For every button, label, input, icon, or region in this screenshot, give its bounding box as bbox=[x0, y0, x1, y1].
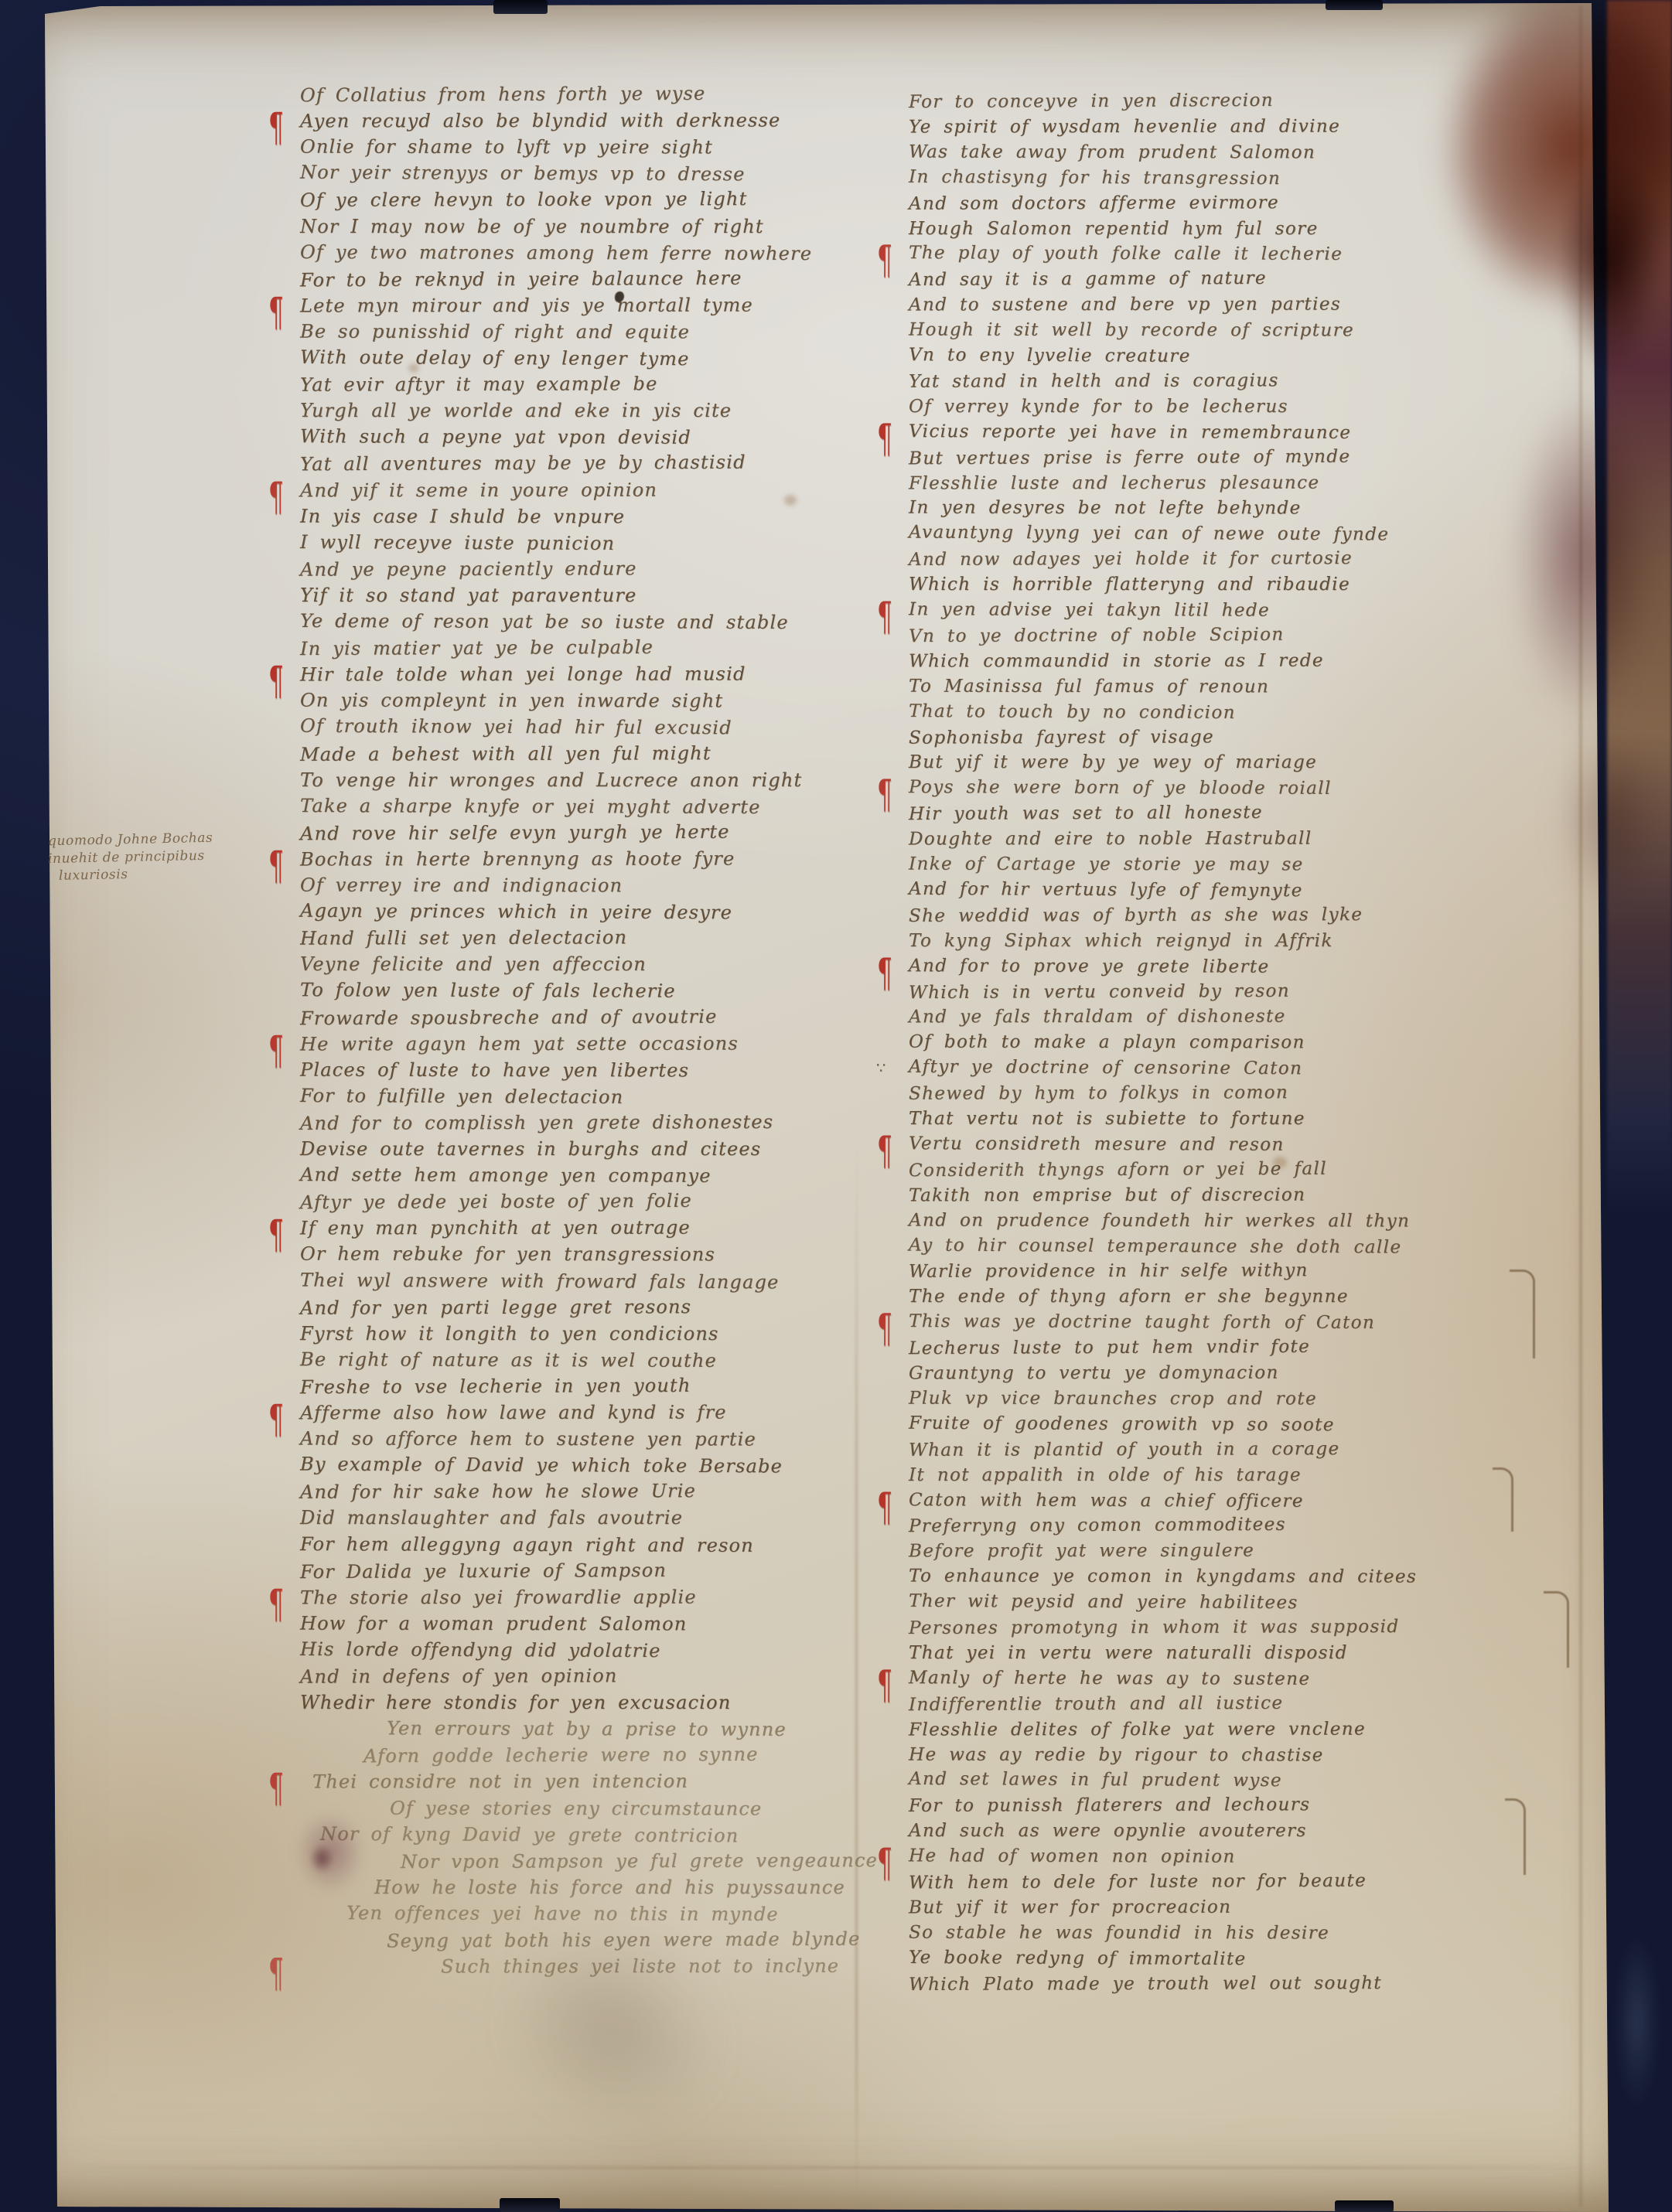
verse-line: It not appalith in olde of his tarage bbox=[909, 1465, 1302, 1485]
verse-line: Which commaundid in storie as I rede bbox=[909, 650, 1324, 671]
verse-line: Warlie providence in hir selfe withyn bbox=[909, 1261, 1309, 1283]
verse-line: Yat stand in helth and is coragius bbox=[909, 370, 1279, 392]
foxing-spot bbox=[784, 495, 797, 506]
verse-line: And set lawes in ful prudent wyse bbox=[909, 1769, 1282, 1791]
verse-line: Of both to make a playn comparison bbox=[909, 1032, 1305, 1053]
verse-text: To folow yen luste of fals lecherie bbox=[300, 980, 676, 1003]
verse-line: Inke of Cartage ye storie ye may se bbox=[909, 854, 1304, 875]
verse-line: That yei in vertu were naturalli disposi… bbox=[909, 1643, 1348, 1663]
verse-text: Of both to make a playn comparison bbox=[909, 1032, 1305, 1053]
verse-line: Which is horrible flatteryng and ribaudi… bbox=[909, 574, 1350, 595]
verse-text: And say it is a gamme of nature bbox=[909, 268, 1267, 290]
verse-text: Of ye clere hevyn to looke vpon ye light bbox=[300, 188, 747, 211]
verse-text: Of trouth iknow yei had hir ful excusid bbox=[300, 715, 732, 739]
verse-line: Of Collatius from hens forth ye wyse bbox=[300, 83, 706, 106]
verse-text: Yen errours yat by a prise to wynne bbox=[387, 1717, 787, 1740]
verse-line: Yen offences yei have no this in mynde bbox=[346, 1902, 779, 1925]
verse-text: Whan it is plantid of youth in a corage bbox=[909, 1439, 1340, 1460]
verse-text: How he loste his force and his puyssaunc… bbox=[374, 1876, 845, 1898]
verse-line: ¶The play of youth folke calle it lecher… bbox=[909, 244, 1343, 265]
verse-text: Vn to eny lyvelie creature bbox=[909, 345, 1191, 366]
verse-text: She weddid was of byrth as she was lyke bbox=[909, 905, 1363, 926]
verse-line: And rove hir selfe evyn yurgh ye herte bbox=[300, 820, 730, 844]
verse-line: Take a sharpe knyfe or yei myght adverte bbox=[300, 795, 761, 818]
verse-text: And for hir sake how he slowe Urie bbox=[300, 1480, 696, 1503]
verse-text: Nor I may now be of ye noumbre of right bbox=[300, 216, 764, 237]
verse-line: In yis matier yat ye be culpable bbox=[300, 636, 653, 660]
verse-line: And on prudence foundeth hir werkes all … bbox=[909, 1210, 1410, 1231]
verse-line: ¶Vicius reporte yei have in remembraunce bbox=[909, 421, 1351, 443]
verse-text: He was ay redie by rigour to chastise bbox=[909, 1744, 1324, 1765]
verse-text: And for to complissh yen grete dishonest… bbox=[300, 1111, 773, 1134]
verse-line: But vertues prise is ferre oute of mynde bbox=[909, 446, 1351, 469]
verse-text: Was take away from prudent Salomon bbox=[909, 141, 1315, 162]
gloss-line: quomodo Johne Bochas bbox=[48, 830, 213, 849]
verse-text: So stable he was foundid in his desire bbox=[909, 1922, 1329, 1943]
verse-text: In yis case I shuld be vnpure bbox=[300, 505, 625, 527]
verse-line: Yurgh all ye worlde and eke in yis cite bbox=[300, 400, 732, 421]
verse-text: Thei considre not in yen intencion bbox=[312, 1771, 688, 1793]
verse-text: Frowarde spousbreche and of avoutrie bbox=[300, 1005, 718, 1029]
verse-line: For Dalida ye luxurie of Sampson bbox=[300, 1559, 667, 1582]
verse-text: And som doctors afferme evirmore bbox=[909, 193, 1279, 214]
verse-line: Which is in vertu conveid by reson bbox=[909, 980, 1290, 1002]
verse-line: Yif it so stand yat paraventure bbox=[300, 585, 636, 606]
verse-text: Devise oute tavernes in burghs and citee… bbox=[300, 1138, 761, 1160]
verse-line: Of verrey ire and indignacion bbox=[300, 874, 623, 897]
verse-line: Aforn godde lecherie were no synne bbox=[363, 1743, 759, 1767]
verse-text: Did manslaughter and fals avoutrie bbox=[300, 1507, 683, 1529]
verse-line: Yat evir aftyr it may example be bbox=[300, 373, 658, 395]
verse-text: Afferme also how lawe and kynd is fre bbox=[300, 1402, 727, 1424]
verse-line: Yat all aventures may be ye by chastisid bbox=[300, 452, 746, 475]
verse-line: That vertu not is subiette to fortune bbox=[909, 1109, 1305, 1129]
verse-line: And say it is a gamme of nature bbox=[909, 268, 1267, 290]
verse-line: Places of luste to have yen libertes bbox=[300, 1058, 689, 1081]
pilcrow-mark: ¶ bbox=[268, 289, 285, 336]
verse-line: Doughte and eire to noble Hastruball bbox=[909, 829, 1312, 850]
verse-text: Lecherus luste to put hem vndir fote bbox=[909, 1337, 1310, 1358]
verse-text: Or hem rebuke for yen transgressions bbox=[300, 1243, 715, 1266]
verse-text: Flesshlie delites of folke yat were vncl… bbox=[909, 1719, 1366, 1740]
verse-line: Ay to hir counsel temperaunce she doth c… bbox=[909, 1235, 1402, 1257]
verse-text: How for a woman prudent Salomon bbox=[300, 1612, 687, 1634]
verse-text: For to conceyve in yen discrecion bbox=[909, 90, 1274, 112]
verse-line: Preferryng ony comon commoditees bbox=[909, 1515, 1286, 1536]
verse-line: And som doctors afferme evirmore bbox=[909, 193, 1279, 214]
verse-text: And in defens of yen opinion bbox=[300, 1665, 618, 1687]
verse-line: ¶Lete myn mirour and yis ye mortall tyme bbox=[300, 294, 753, 316]
verse-line: Frowarde spousbreche and of avoutrie bbox=[300, 1005, 718, 1029]
manuscript-photo: Of Collatius from hens forth ye wyse¶Aye… bbox=[0, 0, 1672, 2212]
verse-text: Considerith thyngs aforn or yei be fall bbox=[909, 1159, 1327, 1181]
verse-text: The play of youth folke calle it lecheri… bbox=[909, 244, 1343, 265]
verse-line: By example of David ye which toke Bersab… bbox=[300, 1454, 783, 1478]
pilcrow-mark: ¶ bbox=[268, 1766, 285, 1812]
verse-text: That to touch by no condicion bbox=[909, 701, 1236, 723]
verse-text: Bochas in herte brennyng as hoote fyre bbox=[300, 847, 735, 870]
verse-line: Persones promotyng in whom it was suppos… bbox=[909, 1617, 1400, 1638]
verse-line: ¶Poys she were born of ye bloode roiall bbox=[909, 777, 1332, 799]
verse-text: Hough it sit well by recorde of scriptur… bbox=[909, 320, 1354, 341]
marginal-dots-mark: ∵ bbox=[876, 1060, 887, 1077]
pilcrow-mark: ¶ bbox=[268, 1212, 285, 1259]
verse-line: Of ye clere hevyn to looke vpon ye light bbox=[300, 188, 747, 211]
verse-line: She weddid was of byrth as she was lyke bbox=[909, 905, 1363, 926]
verse-text: Ther wit peysid and yeire habilitees bbox=[909, 1591, 1298, 1613]
verse-line: But yif it wer for procreacion bbox=[909, 1897, 1231, 1918]
verse-text: Ye booke redyng of immortalite bbox=[909, 1948, 1247, 1969]
verse-line: His lorde offendyng did ydolatrie bbox=[300, 1638, 661, 1662]
pilcrow-mark: ¶ bbox=[877, 1484, 893, 1531]
verse-line: Freshe to vse lecherie in yen youth bbox=[300, 1375, 691, 1398]
pilcrow-mark: ¶ bbox=[268, 105, 285, 152]
verse-line: ¶And for to prove ye grete liberte bbox=[909, 956, 1270, 976]
marginal-bracket bbox=[1510, 1270, 1535, 1358]
verse-line: And such as were opynlie avouterers bbox=[909, 1821, 1307, 1841]
verse-line: ¶The storie also yei frowardlie applie bbox=[300, 1586, 697, 1608]
verse-line: On yis compleynt in yen inwarde sight bbox=[300, 690, 723, 712]
gloss-line: luxuriosis bbox=[59, 867, 128, 884]
pilcrow-mark: ¶ bbox=[268, 474, 285, 520]
verse-text: And set lawes in ful prudent wyse bbox=[909, 1769, 1282, 1791]
verse-text: On yis compleynt in yen inwarde sight bbox=[300, 690, 723, 712]
verse-text: Yat stand in helth and is coragius bbox=[909, 370, 1279, 392]
verse-text: Fyrst how it longith to yen condicions bbox=[300, 1323, 719, 1345]
verse-line: And ye fals thraldam of dishoneste bbox=[909, 1007, 1286, 1028]
verse-line: For to fulfille yen delectacion bbox=[300, 1085, 623, 1108]
verse-line: Hough Salomon repentid hym ful sore bbox=[909, 219, 1319, 239]
verse-line: For hem alleggyng agayn right and reson bbox=[300, 1533, 754, 1556]
verse-line: So stable he was foundid in his desire bbox=[909, 1922, 1329, 1943]
verse-text: Such thinges yei liste not to inclyne bbox=[441, 1955, 839, 1978]
verse-line: Ye deme of reson yat be so iuste and sta… bbox=[300, 610, 789, 633]
verse-line: Flesshlie luste and lecherus plesaunce bbox=[909, 472, 1319, 493]
pilcrow-mark: ¶ bbox=[268, 1028, 285, 1074]
verse-line: Thei wyl answere with froward fals langa… bbox=[300, 1269, 780, 1293]
verse-line: Hough it sit well by recorde of scriptur… bbox=[909, 320, 1354, 341]
verse-line: Considerith thyngs aforn or yei be fall bbox=[909, 1159, 1327, 1181]
verse-line: And for hir sake how he slowe Urie bbox=[300, 1480, 696, 1503]
mount-tab-bottom-right bbox=[1335, 2200, 1394, 2212]
verse-line: ¶Ayen recuyd also be blyndid with derkne… bbox=[300, 110, 780, 132]
verse-line: Lecherus luste to put hem vndir fote bbox=[909, 1337, 1310, 1358]
marginal-bracket bbox=[1544, 1591, 1569, 1668]
pilcrow-mark: ¶ bbox=[877, 1306, 893, 1352]
verse-text: In yen advise yei takyn litil hede bbox=[909, 599, 1270, 620]
verse-line: Was take away from prudent Salomon bbox=[909, 141, 1315, 162]
verse-text: He write agayn hem yat sette occasions bbox=[300, 1032, 739, 1055]
verse-text: For Dalida ye luxurie of Sampson bbox=[300, 1559, 667, 1582]
gloss-line: inuehit de principibus bbox=[48, 848, 205, 867]
verse-line: Devise oute tavernes in burghs and citee… bbox=[300, 1138, 761, 1160]
verse-text: And rove hir selfe evyn yurgh ye herte bbox=[300, 820, 730, 844]
verse-text: Hir tale tolde whan yei longe had musid bbox=[300, 663, 746, 686]
pilcrow-mark: ¶ bbox=[877, 594, 893, 640]
verse-text: Which Plato made ye trouth wel out sough… bbox=[909, 1973, 1382, 1995]
verse-line: Avauntyng lyyng yei can of newe oute fyn… bbox=[909, 523, 1389, 545]
verse-line: Agayn ye princes which in yeire desyre bbox=[300, 900, 732, 924]
verse-line: Ther wit peysid and yeire habilitees bbox=[909, 1591, 1298, 1613]
pilcrow-mark: ¶ bbox=[268, 1581, 285, 1627]
verse-text: Onlie for shame to lyft vp yeire sight bbox=[300, 136, 713, 158]
verse-line: Of yese stories eny circumstaunce bbox=[390, 1797, 762, 1819]
verse-text: Vicius reporte yei have in remembraunce bbox=[909, 421, 1351, 443]
verse-line: In yis case I shuld be vnpure bbox=[300, 505, 625, 527]
verse-line: Nor yeir strenyys or bemys vp to dresse bbox=[300, 162, 746, 186]
verse-line: Of ye two matrones among hem ferre nowhe… bbox=[300, 241, 812, 264]
verse-text: Nor vpon Sampson ye ful grete vengeaunce bbox=[401, 1849, 878, 1873]
verse-text: And sette hem amonge yen companye bbox=[300, 1164, 711, 1187]
foxing-spot bbox=[408, 363, 419, 373]
verse-text: Nor yeir strenyys or bemys vp to dresse bbox=[300, 162, 746, 186]
verse-line: To folow yen luste of fals lecherie bbox=[300, 980, 676, 1003]
verse-text: Takith non emprise but of discrecion bbox=[909, 1184, 1305, 1205]
verse-line: ∵Aftyr ye doctrine of censorine Caton bbox=[909, 1057, 1302, 1079]
verse-line: Whedir here stondis for yen excusacion bbox=[300, 1692, 731, 1713]
verse-line: Seyng yat both his eyen were made blynde bbox=[387, 1928, 861, 1952]
verse-text: And for yen parti legge gret resons bbox=[300, 1296, 691, 1319]
verse-line: Of verrey kynde for to be lecherus bbox=[909, 397, 1288, 417]
verse-line: How for a woman prudent Salomon bbox=[300, 1612, 687, 1634]
verse-text: Grauntyng to vertu ye domynacion bbox=[909, 1363, 1279, 1384]
mount-tab-top-left bbox=[493, 0, 548, 14]
verse-line: In yen desyres be not lefte behynde bbox=[909, 498, 1302, 519]
verse-line: Did manslaughter and fals avoutrie bbox=[300, 1507, 683, 1529]
verse-text: Yat evir aftyr it may example be bbox=[300, 373, 658, 395]
verse-text: And on prudence foundeth hir werkes all … bbox=[909, 1210, 1410, 1231]
verse-line: Takith non emprise but of discrecion bbox=[909, 1184, 1305, 1205]
verse-text: Warlie providence in hir selfe withyn bbox=[909, 1261, 1309, 1283]
verse-text: Which is in vertu conveid by reson bbox=[909, 980, 1290, 1002]
verse-text: Freshe to vse lecherie in yen youth bbox=[300, 1375, 691, 1398]
verse-line: Flesshlie delites of folke yat were vncl… bbox=[909, 1719, 1366, 1740]
verse-line: Shewed by hym to folkys in comon bbox=[909, 1082, 1288, 1104]
verse-line: Nor of kyng David ye grete contricion bbox=[320, 1822, 739, 1846]
verse-text: Before profit yat were singulere bbox=[909, 1541, 1254, 1562]
verse-text: For to punissh flaterers and lechours bbox=[909, 1794, 1310, 1816]
verse-text: And for to prove ye grete liberte bbox=[909, 956, 1270, 976]
verse-text: And ye peyne paciently endure bbox=[300, 557, 637, 580]
verse-text: Ay to hir counsel temperaunce she doth c… bbox=[909, 1235, 1402, 1257]
verse-line: Aftyr ye dede yei boste of yen folie bbox=[300, 1190, 692, 1213]
verse-text: For to fulfille yen delectacion bbox=[300, 1085, 623, 1108]
verse-text: And yif it seme in youre opinion bbox=[300, 479, 657, 501]
verse-line: Indifferentlie trouth and all iustice bbox=[909, 1693, 1283, 1715]
verse-text: Of ye two matrones among hem ferre nowhe… bbox=[300, 241, 812, 264]
pilcrow-mark: ¶ bbox=[877, 1128, 893, 1174]
verse-text: Aftyr ye dede yei boste of yen folie bbox=[300, 1190, 692, 1213]
verse-line: ¶Such thinges yei liste not to inclyne bbox=[441, 1955, 839, 1978]
verse-line: ¶In yen advise yei takyn litil hede bbox=[909, 599, 1270, 620]
verse-line: For to be reknyd in yeire balaunce here bbox=[300, 267, 742, 291]
verse-line: And sette hem amonge yen companye bbox=[300, 1164, 711, 1187]
verse-text: And now adayes yei holde it for curtosie bbox=[909, 548, 1353, 570]
pilcrow-mark: ¶ bbox=[877, 1662, 893, 1709]
verse-text: Of verrey ire and indignacion bbox=[300, 874, 623, 897]
verse-text: Vertu considreth mesure and reson bbox=[909, 1133, 1285, 1155]
verse-text: But yif it wer for procreacion bbox=[909, 1897, 1231, 1918]
verse-text: With oute delay of eny lenger tyme bbox=[300, 346, 690, 370]
verse-line: And in defens of yen opinion bbox=[300, 1665, 618, 1687]
verse-line: For to conceyve in yen discrecion bbox=[909, 90, 1274, 112]
verse-line: Fruite of goodenes growith vp so soote bbox=[909, 1413, 1335, 1435]
verse-line: ¶This was ye doctrine taught forth of Ca… bbox=[909, 1311, 1375, 1333]
verse-line: Sophonisba fayrest of visage bbox=[909, 727, 1214, 748]
verse-line: Yen errours yat by a prise to wynne bbox=[387, 1717, 787, 1740]
verse-text: His lorde offendyng did ydolatrie bbox=[300, 1638, 661, 1662]
verse-line: ¶He had of women non opinion bbox=[909, 1846, 1236, 1866]
verse-line: The ende of thyng aforn er she begynne bbox=[909, 1287, 1349, 1307]
verse-text: Places of luste to have yen libertes bbox=[300, 1058, 689, 1081]
verse-text: Made a behest with all yen ful might bbox=[300, 742, 711, 765]
verse-line: With oute delay of eny lenger tyme bbox=[300, 346, 690, 370]
verse-line: Hir youth was set to all honeste bbox=[909, 803, 1263, 824]
verse-text: For to be reknyd in yeire balaunce here bbox=[300, 267, 742, 291]
verse-text: Ye deme of reson yat be so iuste and sta… bbox=[300, 610, 789, 633]
pilcrow-mark: ¶ bbox=[268, 659, 285, 705]
verse-line: And ye peyne paciently endure bbox=[300, 557, 637, 580]
verse-text: But yif it were by ye wey of mariage bbox=[909, 752, 1317, 772]
verse-line: With hem to dele for luste nor for beaut… bbox=[909, 1871, 1367, 1893]
verse-line: ¶If eny man pynchith at yen outrage bbox=[300, 1217, 691, 1239]
verse-line: But yif it were by ye wey of mariage bbox=[909, 752, 1317, 772]
verse-line: Ye spirit of wysdam hevenlie and divine bbox=[909, 116, 1340, 137]
verse-text: With such a peyne yat vpon devisid bbox=[300, 426, 691, 449]
verse-text: And to sustene and bere vp yen parties bbox=[909, 295, 1341, 315]
verse-text: The ende of thyng aforn er she begynne bbox=[909, 1287, 1349, 1307]
verse-line: Of trouth iknow yei had hir ful excusid bbox=[300, 715, 732, 739]
verse-line: And for yen parti legge gret resons bbox=[300, 1296, 691, 1319]
verse-line: And to sustene and bere vp yen parties bbox=[909, 295, 1341, 315]
verse-text: Take a sharpe knyfe or yei myght adverte bbox=[300, 795, 761, 818]
verse-text: Which is horrible flatteryng and ribaudi… bbox=[909, 574, 1350, 595]
verse-line: I wyll receyve iuste punicion bbox=[300, 531, 615, 554]
text-layer: Of Collatius from hens forth ye wyse¶Aye… bbox=[0, 0, 1672, 2212]
verse-line: Made a behest with all yen ful might bbox=[300, 742, 711, 765]
verse-text: Hir youth was set to all honeste bbox=[909, 803, 1263, 824]
verse-line: Nor vpon Sampson ye ful grete vengeaunce bbox=[401, 1849, 878, 1873]
pilcrow-mark: ¶ bbox=[877, 416, 893, 462]
verse-text: Caton with hem was a chief officere bbox=[909, 1490, 1304, 1512]
verse-line: Grauntyng to vertu ye domynacion bbox=[909, 1363, 1279, 1384]
foxing-spot bbox=[1273, 1157, 1287, 1168]
verse-text: Manly of herte he was ay to sustene bbox=[909, 1668, 1310, 1689]
verse-line: Veyne felicite and yen affeccion bbox=[300, 953, 647, 975]
marginal-bracket bbox=[1493, 1467, 1513, 1532]
verse-text: To Masinissa ful famus of renoun bbox=[909, 676, 1269, 697]
verse-text: That vertu not is subiette to fortune bbox=[909, 1109, 1305, 1129]
verse-text: Yen offences yei have no this in mynde bbox=[346, 1902, 779, 1925]
verse-text: The storie also yei frowardlie applie bbox=[300, 1586, 697, 1608]
verse-text: Thei wyl answere with froward fals langa… bbox=[300, 1269, 780, 1293]
verse-text: Nor of kyng David ye grete contricion bbox=[320, 1822, 739, 1846]
verse-text: Aftyr ye doctrine of censorine Caton bbox=[909, 1057, 1302, 1079]
verse-line: And for to complissh yen grete dishonest… bbox=[300, 1111, 773, 1134]
verse-text: To venge hir wronges and Lucrece anon ri… bbox=[300, 769, 802, 791]
verse-line: To kyng Siphax which reignyd in Affrik bbox=[909, 931, 1333, 951]
verse-line: ¶He write agayn hem yat sette occasions bbox=[300, 1032, 739, 1055]
verse-line: For to punissh flaterers and lechours bbox=[909, 1794, 1310, 1816]
verse-line: Nor I may now be of ye noumbre of right bbox=[300, 216, 764, 237]
verse-text: Be so punisshid of right and equite bbox=[300, 320, 690, 343]
verse-line: Ye booke redyng of immortalite bbox=[909, 1948, 1247, 1969]
verse-line: To Masinissa ful famus of renoun bbox=[909, 676, 1269, 697]
marginal-bracket bbox=[1505, 1798, 1526, 1875]
pilcrow-mark: ¶ bbox=[268, 1951, 285, 1997]
verse-text: This was ye doctrine taught forth of Cat… bbox=[909, 1311, 1375, 1333]
verse-text: Ayen recuyd also be blyndid with derknes… bbox=[300, 110, 780, 132]
verse-line: ¶Hir tale tolde whan yei longe had musid bbox=[300, 663, 746, 686]
verse-text: If eny man pynchith at yen outrage bbox=[300, 1217, 691, 1239]
verse-text: It not appalith in olde of his tarage bbox=[909, 1465, 1302, 1485]
verse-text: Of verrey kynde for to be lecherus bbox=[909, 397, 1288, 417]
verse-line: Vn to eny lyvelie creature bbox=[909, 345, 1191, 366]
verse-text: Of yese stories eny circumstaunce bbox=[390, 1797, 762, 1819]
verse-line: Before profit yat were singulere bbox=[909, 1541, 1254, 1562]
verse-line: He was ay redie by rigour to chastise bbox=[909, 1744, 1324, 1765]
pilcrow-mark: ¶ bbox=[268, 843, 285, 889]
verse-line: Hand fulli set yen delectacion bbox=[300, 927, 627, 949]
pilcrow-mark: ¶ bbox=[877, 950, 893, 997]
verse-line: Which Plato made ye trouth wel out sough… bbox=[909, 1973, 1382, 1995]
verse-line: ¶Vertu considreth mesure and reson bbox=[909, 1133, 1285, 1155]
verse-line: ¶Thei considre not in yen intencion bbox=[312, 1771, 688, 1793]
verse-text: In chastisyng for his transgression bbox=[909, 167, 1281, 189]
pilcrow-mark: ¶ bbox=[877, 237, 893, 284]
verse-line: How he loste his force and his puyssaunc… bbox=[374, 1876, 845, 1898]
verse-text: For hem alleggyng agayn right and reson bbox=[300, 1533, 754, 1556]
verse-text: Shewed by hym to folkys in comon bbox=[909, 1082, 1288, 1104]
verse-line: ¶Afferme also how lawe and kynd is fre bbox=[300, 1402, 727, 1424]
verse-line: Onlie for shame to lyft vp yeire sight bbox=[300, 136, 713, 158]
verse-text: Veyne felicite and yen affeccion bbox=[300, 953, 647, 975]
verse-text: Preferryng ony comon commoditees bbox=[909, 1515, 1286, 1536]
pilcrow-mark: ¶ bbox=[877, 772, 893, 818]
verse-line: And so afforce hem to sustene yen partie bbox=[300, 1428, 756, 1450]
verse-text: I wyll receyve iuste punicion bbox=[300, 531, 615, 554]
verse-text: He had of women non opinion bbox=[909, 1846, 1236, 1866]
verse-text: Inke of Cartage ye storie ye may se bbox=[909, 854, 1304, 875]
verse-line: To enhaunce ye comon in kyngdams and cit… bbox=[909, 1566, 1417, 1587]
verse-line: ¶Bochas in herte brennyng as hoote fyre bbox=[300, 847, 735, 870]
verse-text: Agayn ye princes which in yeire desyre bbox=[300, 900, 732, 924]
verse-text: Persones promotyng in whom it was suppos… bbox=[909, 1617, 1400, 1638]
verse-line: ¶Manly of herte he was ay to sustene bbox=[909, 1668, 1310, 1689]
verse-text: Vn to ye doctrine of noble Scipion bbox=[909, 625, 1285, 646]
verse-line: Pluk vp vice braunches crop and rote bbox=[909, 1388, 1317, 1409]
verse-line: ¶Caton with hem was a chief officere bbox=[909, 1490, 1304, 1512]
verse-text: And such as were opynlie avouterers bbox=[909, 1821, 1307, 1841]
verse-line: Fyrst how it longith to yen condicions bbox=[300, 1323, 719, 1345]
verse-text: Yif it so stand yat paraventure bbox=[300, 585, 636, 606]
verse-text: Aforn godde lecherie were no synne bbox=[363, 1743, 759, 1767]
verse-text: To kyng Siphax which reignyd in Affrik bbox=[909, 931, 1333, 951]
verse-text: Hough Salomon repentid hym ful sore bbox=[909, 219, 1319, 239]
verse-text: Poys she were born of ye bloode roiall bbox=[909, 777, 1332, 799]
verse-text: But vertues prise is ferre oute of mynde bbox=[909, 446, 1351, 469]
verse-text: With hem to dele for luste nor for beaut… bbox=[909, 1871, 1367, 1893]
verse-line: That to touch by no condicion bbox=[909, 701, 1236, 723]
verse-text: Doughte and eire to noble Hastruball bbox=[909, 829, 1312, 850]
verse-text: And for hir vertuus lyfe of femynyte bbox=[909, 879, 1303, 901]
verse-text: Which commaundid in storie as I rede bbox=[909, 650, 1324, 671]
verse-text: Seyng yat both his eyen were made blynde bbox=[387, 1928, 861, 1952]
verse-text: Yat all aventures may be ye by chastisid bbox=[300, 452, 746, 475]
verse-text: Be right of nature as it is wel couthe bbox=[300, 1348, 717, 1372]
pilcrow-mark: ¶ bbox=[877, 1840, 893, 1887]
verse-text: Sophonisba fayrest of visage bbox=[909, 727, 1214, 748]
